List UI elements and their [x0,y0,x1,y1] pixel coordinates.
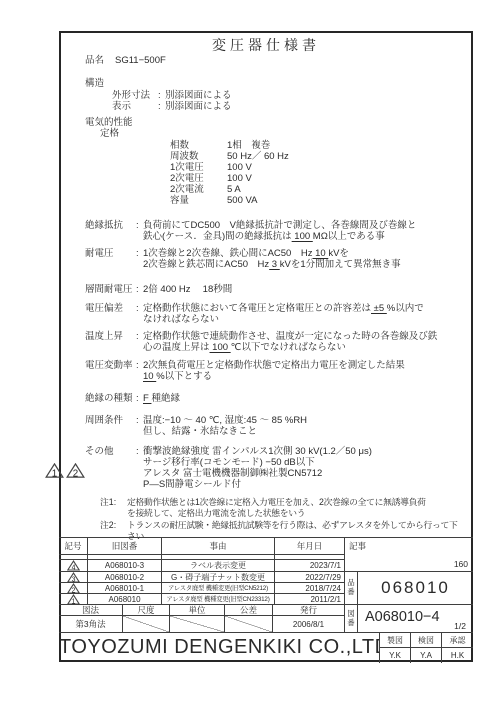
spec-line: 2倍 400 Hz 18秒間 [143,284,459,295]
colon: : [158,101,165,112]
dimensions-label: 外形寸法 [112,90,158,101]
text-segment: P―S間静電シールド付 [143,479,241,490]
spec-line: 2次無負荷電圧と定格動作状態で定格出力電圧を測定した結果 [143,360,459,371]
drawing-no-label: 図番 [345,605,358,633]
triangle-mark-icon: 4 [67,560,80,571]
note-1-label: 注1: [100,497,127,519]
spec-withstand-voltage: 耐電圧 : 1次巻線と2次巻線、鉄心間にAC50 Hz 10 kVを 2次巻線と… [85,248,459,270]
marking-label: 表示 [112,101,158,112]
text-segment: サージ移行率(コモンモード) −50 dB以下 [143,457,315,468]
revision-symbol-cell: 4 [59,560,88,572]
part-no-value: 068010 [358,572,473,605]
spec-line: 負荷前にてDC500 V絶縁抵抗計で測定し、各巻線間及び巻線と [143,220,459,231]
spec-voltage-regulation: 電圧変動率 : 2次無負荷電圧と定格動作状態で定格出力電圧を測定した結果 10 … [85,360,459,382]
underlined-value: 100 [292,231,313,242]
text-segment: を接続して、定格出力電流を流した状態をいう [127,508,305,518]
revision-reason: ラベル表示変更 [162,560,275,572]
spec-line: 10 %以下とする [143,371,459,382]
revision-mark-1-icon: 1 [45,463,64,478]
colon: : [136,446,143,490]
secondary-current-value: 5 A [227,184,241,195]
rating-frequency-row: 周波数 50 Hz／ 60 Hz [170,151,289,162]
projection-label: 図法 [59,605,123,616]
spec-label: 層間耐電圧 [85,284,136,295]
svg-text:1: 1 [71,598,75,605]
spec-insulation-class: 絶縁の種類 : F 種絶縁 [85,393,459,404]
revision-reason: アレスタ廃型 機種変更(旧型CN23312) [162,594,275,605]
issue-label: 発行 [273,605,345,616]
rating-secondary-voltage-row: 2次電圧 100 V [170,173,252,184]
spec-label: 絶縁の種類 [85,393,136,404]
spec-label: 絶縁抵抗 [85,220,136,242]
remarks-cell: 記事 160 [345,538,473,572]
rating-primary-voltage-row: 1次電圧 100 V [170,162,252,173]
spec-line: 1次巻線と2次巻線、鉄心間にAC50 Hz 10 kVを [143,248,459,259]
svg-text:2: 2 [71,587,75,594]
note-1: 注1: 定格動作状態とは1次巻線に定格入力電圧を加え、2次巻線の全てに無誘導負荷… [100,497,461,519]
checker-initials: Y.A [411,648,442,663]
spec-line: 2次巻線と鉄芯間にAC50 Hz 3 kVを1分間加えて異常無き事 [143,259,459,270]
colon: : [136,331,143,353]
col-header-old-drawing-no: 旧図番 [88,538,162,555]
text-segment: %以内で [387,303,424,314]
text-segment: 負荷前にてDC500 V絶縁抵抗計で測定し、各巻線間及び巻線と [143,220,416,231]
underlined-value: ±5 [371,303,387,314]
spec-line: 定格動作状態で連続動作させ、温度が一定になった時の各巻線及び鉄 [143,331,459,342]
structure-marking-row: 表示 : 別添図面による [112,101,232,112]
drawing-no-value: A068010−4 [365,609,440,625]
note-line: を接続して、定格出力電流を流した状態をいう [127,508,461,519]
colon: : [136,360,143,382]
scale-empty-cell [123,616,170,633]
old-drawing-no: A068010-3 [88,560,162,572]
revision-reason: G・碍子端子ナット数変更 [162,572,275,583]
approver-label: 承認 [442,633,473,648]
colon: : [136,415,143,437]
text-segment: kVを [328,248,349,259]
col-header-reason: 事由 [162,538,275,555]
drafter-label: 製図 [380,633,411,648]
spec-temperature-rise: 温度上昇 : 定格動作状態で連続動作させ、温度が一定になった時の各巻線及び鉄 心… [85,331,459,353]
old-drawing-no: A068010-1 [88,583,162,594]
text-segment: 定格動作状態とは1次巻線に定格入力電圧を加え、2次巻線の全てに無誘導負荷 [127,497,426,507]
colon: : [136,303,143,325]
revision-symbol-cell: 2 [59,583,88,594]
text-segment: 温度:−10 ～ 40 ℃, 湿度:45 ～ 85 %RH [143,415,307,426]
spec-label: 温度上昇 [85,331,136,353]
revision-reason: アレスタ廃型 機種変更(旧型CN5212) [162,583,275,594]
revision-date: 2018/7/24 [275,583,345,594]
capacity-value: 500 VA [227,195,257,206]
colon: : [158,90,165,101]
tolerance-label: 公差 [225,605,273,616]
triangle-mark-icon: 2 [67,583,80,594]
text-segment: 定格動作状態において各電圧と定格電圧との許容差は [143,303,371,314]
text-segment: 2次巻線と鉄芯間にAC50 Hz [143,259,269,270]
rating-secondary-current-row: 2次電流 5 A [170,184,241,195]
document-title: 変圧器仕様書 [59,35,473,55]
product-name-value: SG11−500F [115,55,166,66]
spec-line: 心の温度上昇は 100 ℃以下でなければならない [143,342,459,353]
revision-mark-2-icon: 2 [66,463,85,478]
spec-line: サージ移行率(コモンモード) −50 dB以下 [143,457,459,468]
structure-heading: 構造 [85,78,104,89]
revision-symbol-cell: 3 [59,572,88,583]
old-drawing-no: A068010-2 [88,572,162,583]
secondary-current-label: 2次電流 [170,184,227,195]
triangle-mark-icon: 1 [67,594,80,605]
underlined-value: 10 [143,371,156,382]
spec-others: その他 : 衝撃波絶縁強度 雷インパルス1次側 30 kV(1.2／50 μs)… [85,446,459,490]
issue-date: 2006/8/1 [273,616,345,633]
text-segment: MΩ以上である事 [313,231,385,242]
frequency-value: 50 Hz／ 60 Hz [227,151,289,162]
triangle-mark-icon: 3 [67,572,80,583]
spec-label: 電圧偏差 [85,303,136,325]
remarks-label: 記事 [349,540,366,552]
spec-line: 衝撃波絶縁強度 雷インパルス1次側 30 kV(1.2／50 μs) [143,446,459,457]
phase-value: 1相 複巻 [227,140,270,151]
secondary-voltage-label: 2次電圧 [170,173,227,184]
company-name: TOYOZUMI DENGENKIKI CO.,LTD. [59,633,380,663]
spec-label: 電圧変動率 [85,360,136,382]
spec-line: アレスタ 富士電機機器制御㈱社製CN5712 [143,468,459,479]
phase-label: 相数 [170,140,227,151]
spec-line: F 種絶縁 [143,393,459,404]
rating-capacity-row: 容量 500 VA [170,195,257,206]
text-segment: 1次巻線と2次巻線、鉄心間にAC50 Hz [143,248,312,259]
spec-ambient-conditions: 周囲条件 : 温度:−10 ～ 40 ℃, 湿度:45 ～ 85 %RH 但し、… [85,415,459,437]
spec-line: 温度:−10 ～ 40 ℃, 湿度:45 ～ 85 %RH [143,415,459,426]
spec-layer-withstand: 層間耐電圧 : 2倍 400 Hz 18秒間 [85,284,459,295]
colon: : [136,220,143,242]
text-segment: kVを1分間加えて異常無き事 [280,259,401,270]
svg-text:1: 1 [52,468,57,478]
underlined-value: 3 [269,259,280,270]
scale-label: 尺度 [123,605,170,616]
rating-phase-row: 相数 1相 複巻 [170,140,270,151]
spec-label: 周囲条件 [85,415,136,437]
revision-date: 2022/7/29 [275,572,345,583]
old-drawing-no: A068010 [88,594,162,605]
drafter-initials: Y.K [380,648,411,663]
text-segment: 但し、結露・氷結なきこと [143,426,257,437]
text-segment: なければならない [143,314,219,325]
primary-voltage-label: 1次電圧 [170,162,227,173]
col-header-symbol: 記号 [59,538,88,555]
text-segment: 種絶縁 [151,393,180,404]
svg-text:4: 4 [71,564,75,571]
note-line: 定格動作状態とは1次巻線に定格入力電圧を加え、2次巻線の全てに無誘導負荷 [127,497,461,508]
svg-text:3: 3 [71,576,75,583]
spec-label: 耐電圧 [85,248,136,270]
frequency-label: 周波数 [170,151,227,162]
electrical-heading: 電気的性能 [85,117,133,128]
spec-sheet-page: 変圧器仕様書 品名 SG11−500F 構造 外形寸法 : 別添図面による 表示… [0,0,500,707]
product-name-row: 品名 SG11−500F [85,55,166,66]
svg-text:2: 2 [73,468,78,478]
text-segment: 鉄心(ケース．金具)間の絶縁抵抗は [143,231,292,242]
part-no-label: 品番 [345,572,358,605]
tolerance-empty-cell [225,616,273,633]
revision-date: 2023/7/1 [275,560,345,572]
spec-voltage-deviation: 電圧偏差 : 定格動作状態において各電圧と定格電圧との許容差は ±5 %以内で … [85,303,459,325]
text-segment: 2次無負荷電圧と定格動作状態で定格出力電圧を測定した結果 [143,360,405,371]
marking-value: 別添図面による [165,101,232,112]
dimensions-value: 別添図面による [165,90,232,101]
spec-line: P―S間静電シールド付 [143,479,459,490]
capacity-label: 容量 [170,195,227,206]
spec-line: 但し、結露・氷結なきこと [143,426,459,437]
spec-label: その他 [85,446,136,490]
projection-value: 第3角法 [59,616,123,633]
underlined-value: 100 [210,342,231,353]
revision-symbol-cell: 1 [59,594,88,605]
sheet-number: 1/2 [454,621,466,631]
checker-label: 検図 [411,633,442,648]
text-segment: 衝撃波絶縁強度 雷インパルス1次側 30 kV(1.2／50 μs) [143,446,372,457]
colon: : [136,248,143,270]
approver-initials: H.K [442,648,473,663]
spec-insulation-resistance: 絶縁抵抗 : 負荷前にてDC500 V絶縁抵抗計で測定し、各巻線間及び巻線と 鉄… [85,220,459,242]
secondary-voltage-value: 100 V [227,173,252,184]
colon: : [136,284,143,295]
revision-title-block-table: 記号 旧図番 事由 年月日 記事 160 4 A068010-3 ラベル表示変更… [59,537,473,663]
text-segment: 心の温度上昇は [143,342,210,353]
text-segment: 定格動作状態で連続動作させ、温度が一定になった時の各巻線及び鉄 [143,331,437,342]
text-segment: %以下とする [156,371,212,382]
text-segment: アレスタ 富士電機機器制御㈱社製CN5712 [143,468,322,479]
rating-heading: 定格 [100,128,119,139]
text-segment: ℃以下でなければならない [231,342,346,353]
drawing-no-cell: A068010−4 1/2 [358,605,473,633]
remarks-value: 160 [454,559,468,569]
spec-line: なければならない [143,314,459,325]
structure-dimensions-row: 外形寸法 : 別添図面による [112,90,232,101]
primary-voltage-value: 100 V [227,162,252,173]
colon: : [136,393,143,404]
underlined-value: 10 [312,248,328,259]
unit-label: 単位 [170,605,225,616]
text-segment: 2倍 400 Hz 18秒間 [143,284,232,295]
product-name-label: 品名 [85,55,115,66]
spec-line: 鉄心(ケース．金具)間の絶縁抵抗は 100 MΩ以上である事 [143,231,459,242]
col-header-date: 年月日 [275,538,345,555]
unit-empty-cell [170,616,225,633]
revision-date: 2011/2/1 [275,594,345,605]
spec-line: 定格動作状態において各電圧と定格電圧との許容差は ±5 %以内で [143,303,459,314]
